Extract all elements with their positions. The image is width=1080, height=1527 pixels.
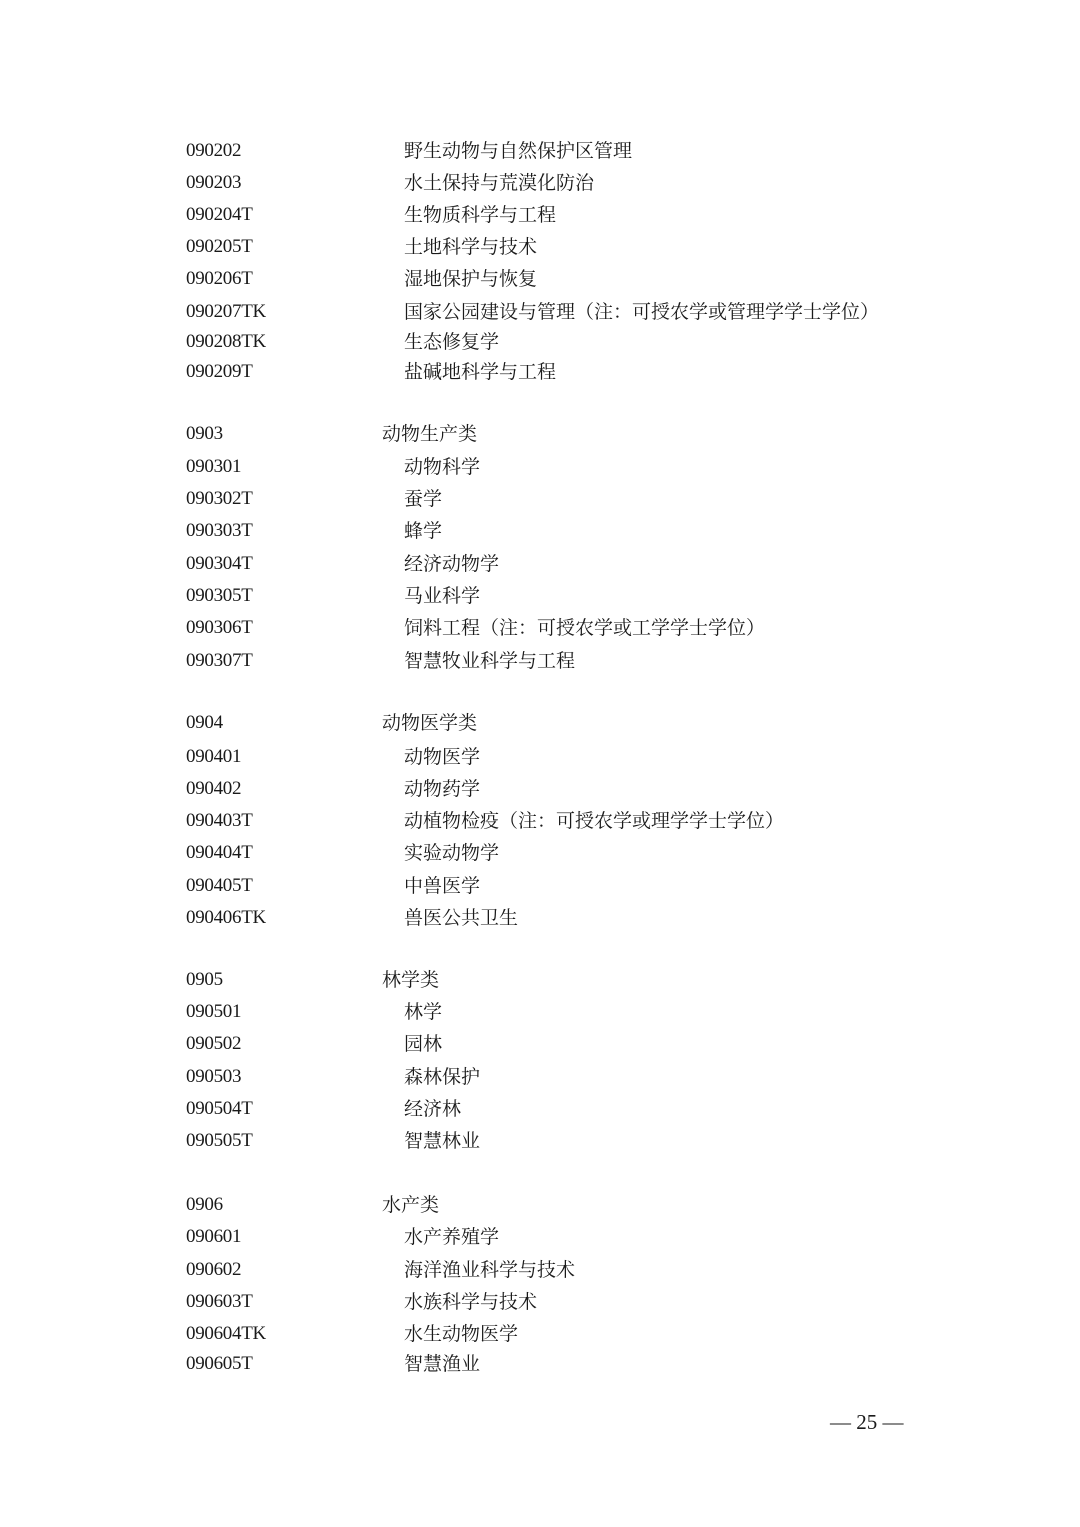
major-row: 090209T盐碱地科学与工程	[0, 356, 1080, 388]
major-row: 090404T实验动物学	[0, 837, 1080, 869]
major-row: 090302T蚕学	[0, 483, 1080, 515]
major-code: 090202	[186, 135, 241, 167]
major-name: 水生动物医学	[404, 1318, 518, 1350]
major-row: 090206T湿地保护与恢复	[0, 263, 1080, 295]
major-name: 水产养殖学	[404, 1221, 499, 1253]
major-name: 土地科学与技术	[404, 231, 537, 263]
major-code: 090207TK	[186, 296, 266, 328]
major-code: 090601	[186, 1221, 241, 1253]
category-name: 林学类	[382, 964, 439, 996]
category-row: 0905林学类	[0, 964, 1080, 996]
major-row: 090403T动植物检疫（注：可授农学或理学学士学位）	[0, 805, 1080, 837]
major-code: 090503	[186, 1061, 241, 1093]
category-name: 动物生产类	[382, 418, 477, 450]
major-row: 090304T经济动物学	[0, 548, 1080, 580]
category-code: 0905	[186, 964, 223, 996]
major-code: 090504T	[186, 1093, 253, 1125]
major-name: 水土保持与荒漠化防治	[404, 167, 594, 199]
major-code: 090406TK	[186, 902, 266, 934]
major-code: 090304T	[186, 548, 253, 580]
major-name: 动物科学	[404, 451, 480, 483]
major-code: 090602	[186, 1254, 241, 1286]
major-code: 090605T	[186, 1348, 253, 1380]
major-code: 090208TK	[186, 326, 266, 358]
major-name: 园林	[404, 1028, 442, 1060]
major-name: 兽医公共卫生	[404, 902, 518, 934]
major-name: 林学	[404, 996, 442, 1028]
major-name: 智慧渔业	[404, 1348, 480, 1380]
major-name: 水族科学与技术	[404, 1286, 537, 1318]
major-row: 090502园林	[0, 1028, 1080, 1060]
major-row: 090301动物科学	[0, 451, 1080, 483]
major-code: 090302T	[186, 483, 253, 515]
major-name: 马业科学	[404, 580, 480, 612]
major-name: 经济林	[404, 1093, 461, 1125]
major-code: 090402	[186, 773, 241, 805]
major-name: 饲料工程（注：可授农学或工学学士学位）	[404, 612, 765, 644]
major-name: 生态修复学	[404, 326, 499, 358]
major-name: 实验动物学	[404, 837, 499, 869]
category-row: 0906水产类	[0, 1189, 1080, 1221]
major-row: 090202野生动物与自然保护区管理	[0, 135, 1080, 167]
major-row: 090406TK兽医公共卫生	[0, 902, 1080, 934]
major-row: 090603T水族科学与技术	[0, 1286, 1080, 1318]
major-row: 090602海洋渔业科学与技术	[0, 1254, 1080, 1286]
category-name: 水产类	[382, 1189, 439, 1221]
major-name: 蜂学	[404, 515, 442, 547]
major-row: 090604TK水生动物医学	[0, 1318, 1080, 1350]
major-row: 090208TK生态修复学	[0, 326, 1080, 358]
major-code: 090307T	[186, 645, 253, 677]
major-code: 090502	[186, 1028, 241, 1060]
category-code: 0904	[186, 707, 223, 739]
major-row: 090504T经济林	[0, 1093, 1080, 1125]
category-row: 0904动物医学类	[0, 707, 1080, 739]
major-row: 090207TK国家公园建设与管理（注：可授农学或管理学学士学位）	[0, 296, 1080, 328]
major-row: 090307T智慧牧业科学与工程	[0, 645, 1080, 677]
major-code: 090404T	[186, 837, 253, 869]
major-row: 090203水土保持与荒漠化防治	[0, 167, 1080, 199]
major-name: 智慧牧业科学与工程	[404, 645, 575, 677]
category-code: 0903	[186, 418, 223, 450]
major-code: 090303T	[186, 515, 253, 547]
major-code: 090301	[186, 451, 241, 483]
major-name: 盐碱地科学与工程	[404, 356, 556, 388]
major-code: 090305T	[186, 580, 253, 612]
major-row: 090205T土地科学与技术	[0, 231, 1080, 263]
major-name: 森林保护	[404, 1061, 480, 1093]
category-name: 动物医学类	[382, 707, 477, 739]
major-name: 经济动物学	[404, 548, 499, 580]
major-code: 090403T	[186, 805, 253, 837]
major-name: 智慧林业	[404, 1125, 480, 1157]
major-code: 090306T	[186, 612, 253, 644]
major-code: 090603T	[186, 1286, 253, 1318]
major-code: 090209T	[186, 356, 253, 388]
major-row: 090306T饲料工程（注：可授农学或工学学士学位）	[0, 612, 1080, 644]
major-name: 中兽医学	[404, 870, 480, 902]
major-name: 动物药学	[404, 773, 480, 805]
major-row: 090305T马业科学	[0, 580, 1080, 612]
major-row: 090505T智慧林业	[0, 1125, 1080, 1157]
major-code: 090501	[186, 996, 241, 1028]
major-row: 090401动物医学	[0, 741, 1080, 773]
major-name: 蚕学	[404, 483, 442, 515]
major-row: 090605T智慧渔业	[0, 1348, 1080, 1380]
major-code: 090604TK	[186, 1318, 266, 1350]
major-row: 090405T中兽医学	[0, 870, 1080, 902]
major-name: 海洋渔业科学与技术	[404, 1254, 575, 1286]
major-code: 090505T	[186, 1125, 253, 1157]
major-code: 090204T	[186, 199, 253, 231]
major-name: 生物质科学与工程	[404, 199, 556, 231]
major-row: 090501林学	[0, 996, 1080, 1028]
major-row: 090601水产养殖学	[0, 1221, 1080, 1253]
major-name: 湿地保护与恢复	[404, 263, 537, 295]
major-name: 野生动物与自然保护区管理	[404, 135, 632, 167]
major-code: 090206T	[186, 263, 253, 295]
major-row: 090303T蜂学	[0, 515, 1080, 547]
page-number: — 25 —	[830, 1406, 904, 1438]
major-name: 动物医学	[404, 741, 480, 773]
major-row: 090204T生物质科学与工程	[0, 199, 1080, 231]
category-row: 0903动物生产类	[0, 418, 1080, 450]
major-row: 090503森林保护	[0, 1061, 1080, 1093]
major-code: 090405T	[186, 870, 253, 902]
major-name: 动植物检疫（注：可授农学或理学学士学位）	[404, 805, 784, 837]
major-code: 090401	[186, 741, 241, 773]
major-code: 090205T	[186, 231, 253, 263]
major-row: 090402动物药学	[0, 773, 1080, 805]
category-code: 0906	[186, 1189, 223, 1221]
major-code: 090203	[186, 167, 241, 199]
major-name: 国家公园建设与管理（注：可授农学或管理学学士学位）	[404, 296, 879, 328]
